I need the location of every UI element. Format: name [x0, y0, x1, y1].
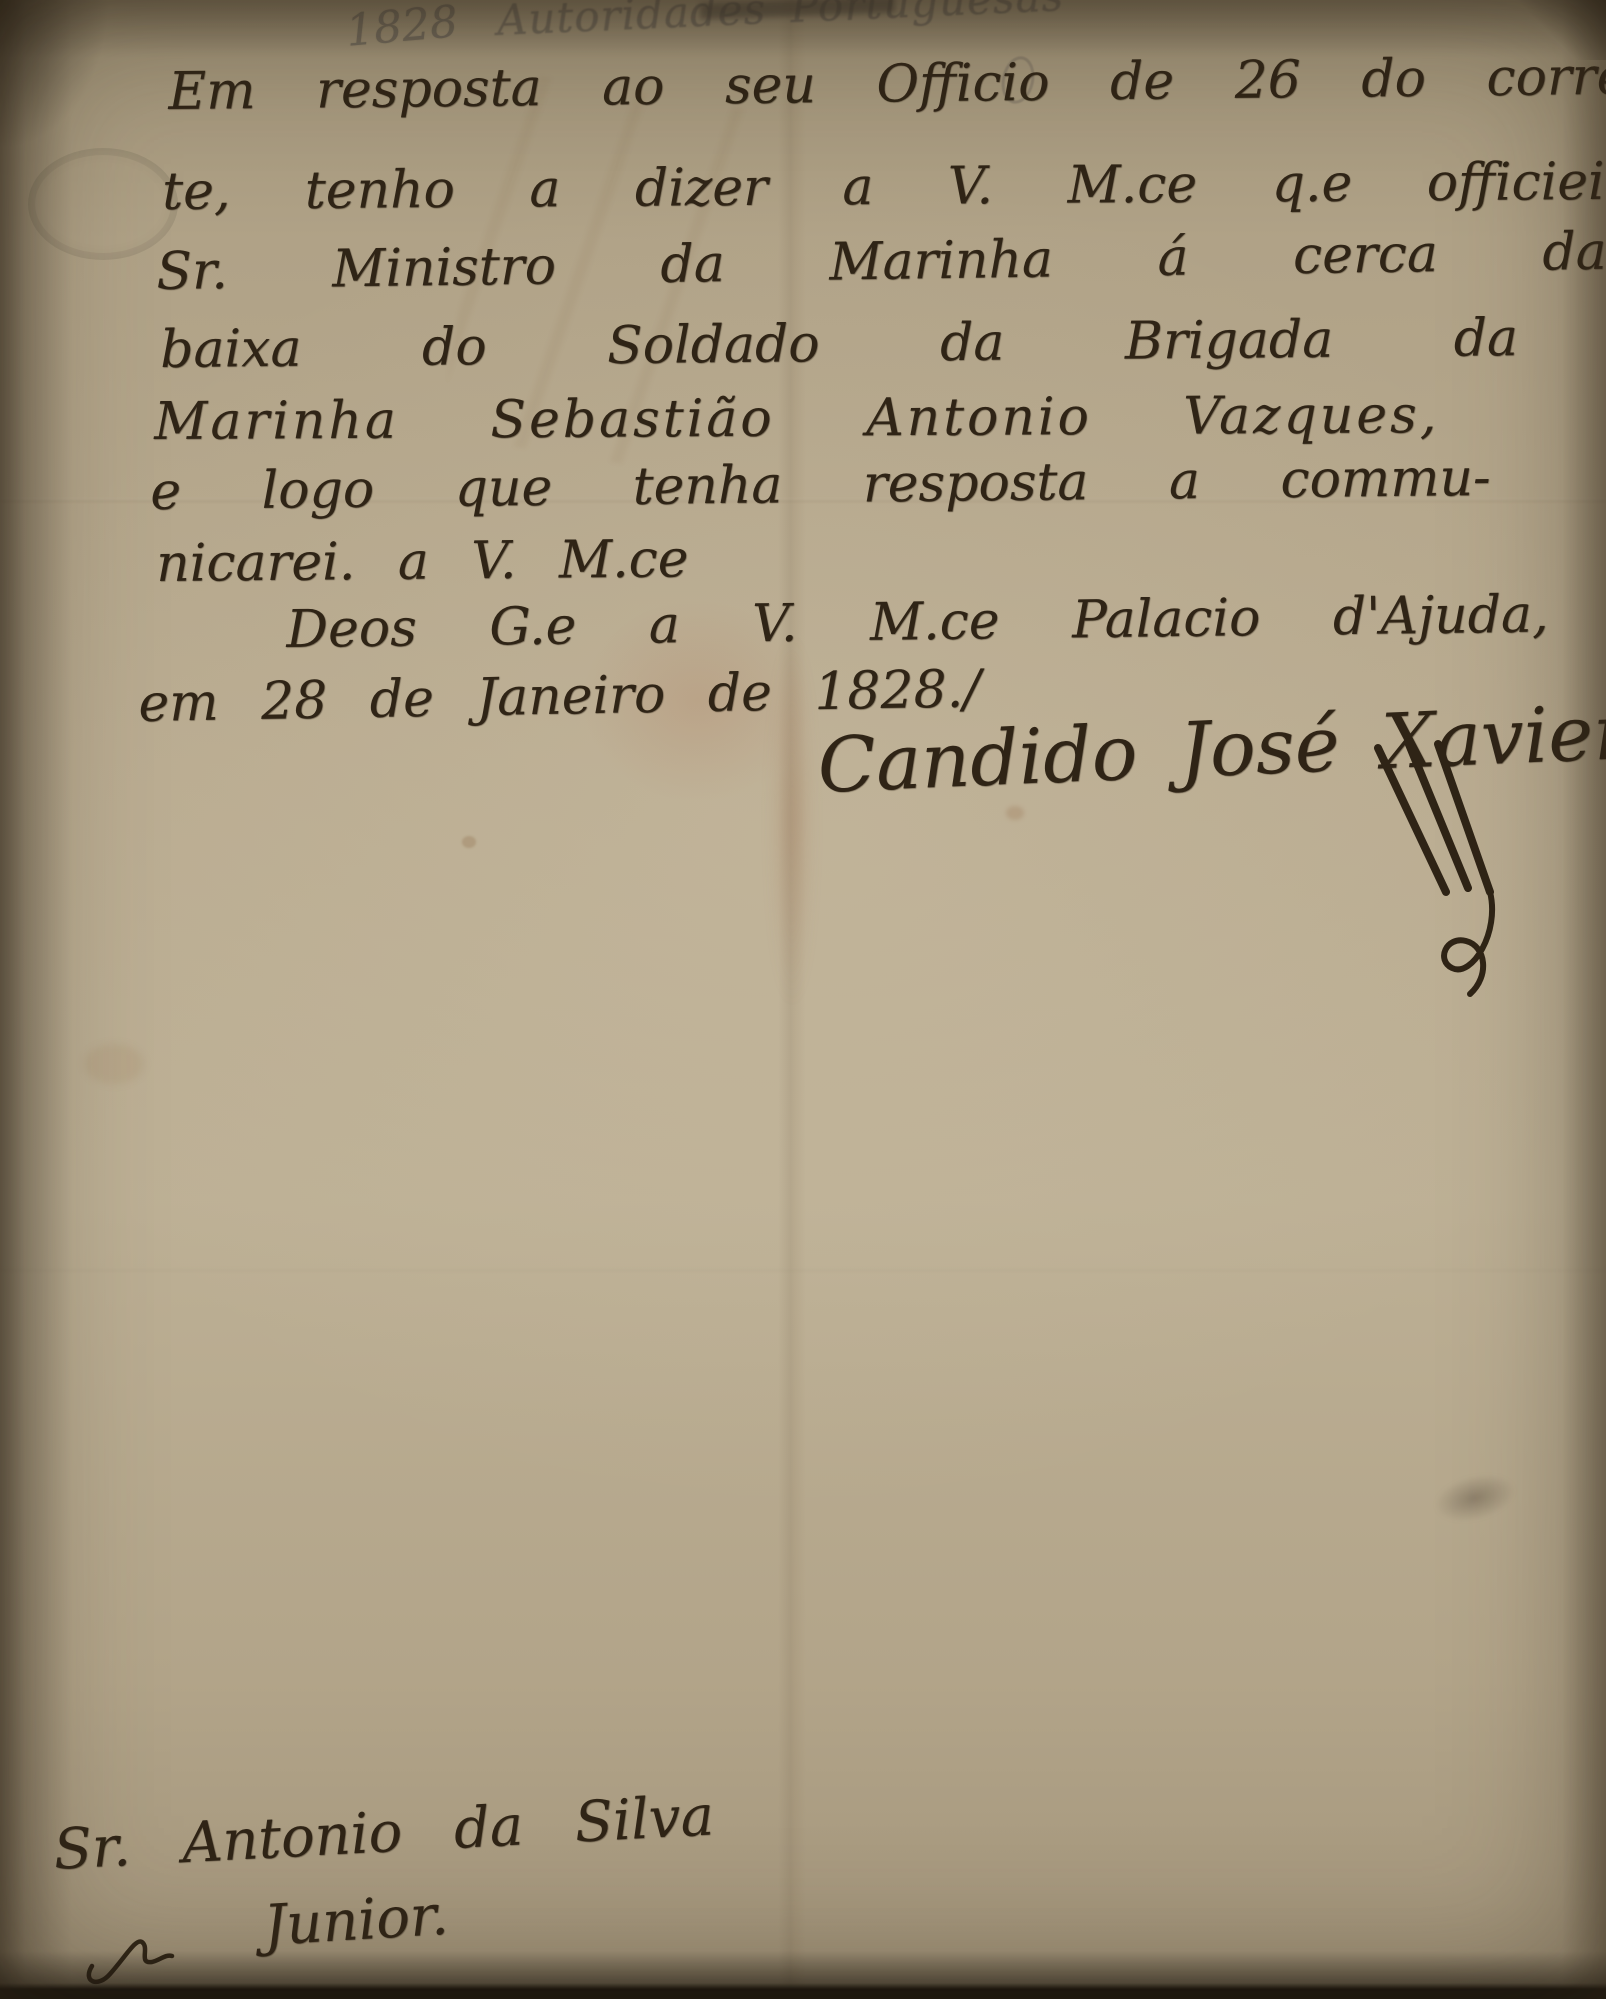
scan-edge-shadow-right	[1562, 0, 1606, 1999]
scan-edge-shadow-top	[0, 0, 1606, 58]
foxing-spot	[1006, 806, 1024, 820]
scan-corner-shadow	[0, 0, 110, 150]
letter-page: 1828 Autoridades Portuguesas Em resposta…	[0, 0, 1606, 1999]
scan-edge-shadow-bottom	[0, 1951, 1606, 1999]
letter-line: baixa do Soldado da Brigada da	[160, 310, 1518, 379]
foxing-spot	[84, 1044, 144, 1084]
letter-line: Marinha Sebastião Antonio Vazques,	[154, 387, 1439, 451]
letter-line: te, tenho a dizer a V. M.ce q.e officiei…	[162, 153, 1606, 221]
letter-valediction-line: Deos G.e a V. M.ce Palacio d'Ajuda,	[286, 587, 1549, 660]
letter-line: Em resposta ao seu Officio de 26 do corr…	[168, 48, 1606, 121]
pencil-smudge-spot	[1426, 1464, 1525, 1532]
horizontal-crease	[0, 1268, 1606, 1271]
letter-line: nicarei. a V. M.ce	[156, 531, 689, 593]
letter-line: Sr. Ministro da Marinha á cerca da	[156, 224, 1606, 301]
scan-edge-shadow-left	[0, 0, 72, 1999]
scan-corner-shadow	[1516, 0, 1606, 60]
foxing-spot	[462, 836, 476, 848]
signature-flourish	[1350, 742, 1540, 992]
addressee-line: Junior.	[262, 1885, 450, 1958]
addressee-line: Sr. Antonio da Silva	[52, 1785, 715, 1881]
letter-line: e logo que tenha resposta a commu-	[150, 450, 1491, 521]
